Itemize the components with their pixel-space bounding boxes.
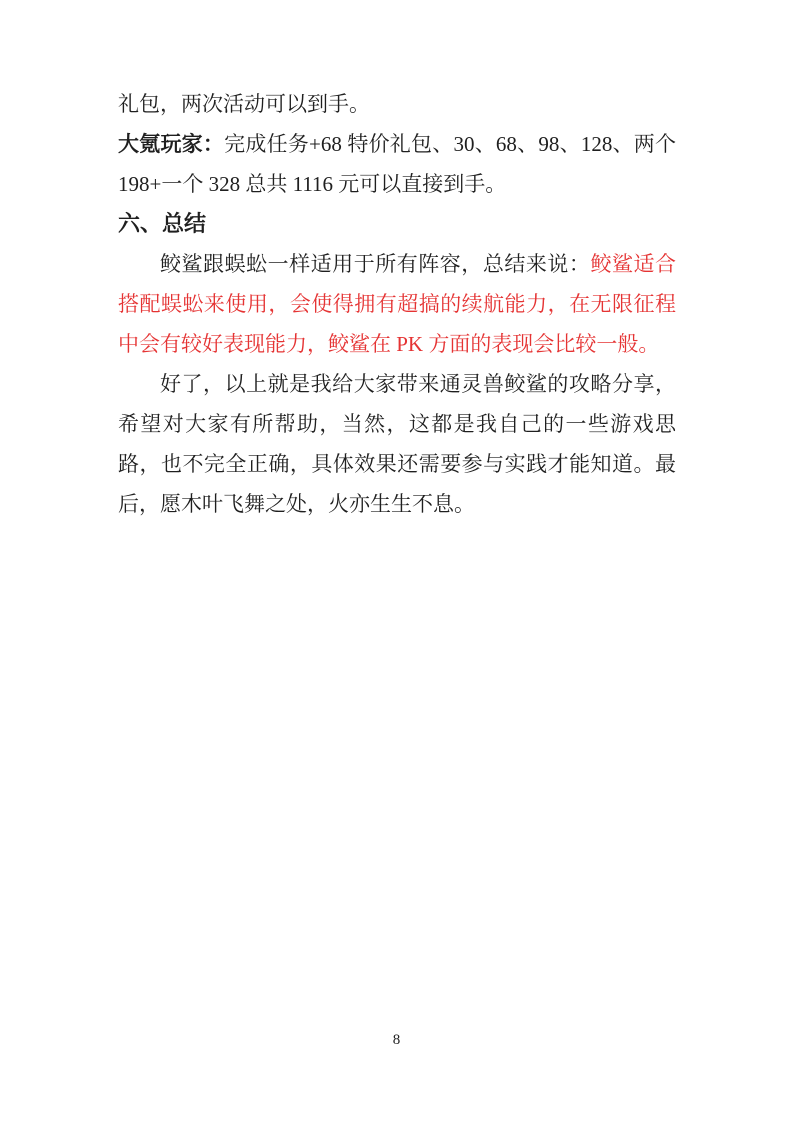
paragraph: 鲛鲨跟蜈蚣一样适用于所有阵容，总结来说：鲛鲨适合搭配蜈蚣来使用，会使得拥有超搞的… bbox=[118, 244, 676, 364]
document-page: 礼包，两次活动可以到手。大氪玩家：完成任务+68 特价礼包、30、68、98、1… bbox=[0, 0, 793, 1122]
text-segment: 六、总结 bbox=[118, 211, 206, 236]
text-segment: 大氪玩家： bbox=[118, 132, 224, 156]
document-content: 礼包，两次活动可以到手。大氪玩家：完成任务+68 特价礼包、30、68、98、1… bbox=[118, 84, 676, 524]
text-segment: 好了，以上就是我给大家带来通灵兽鲛鲨的攻略分享，希望对大家有所帮助，当然，这都是… bbox=[118, 372, 676, 516]
paragraph: 礼包，两次活动可以到手。 bbox=[118, 84, 676, 124]
text-segment: 鲛鲨跟蜈蚣一样适用于所有阵容，总结来说： bbox=[160, 252, 590, 276]
text-segment: 礼包，两次活动可以到手。 bbox=[118, 92, 370, 116]
paragraph: 好了，以上就是我给大家带来通灵兽鲛鲨的攻略分享，希望对大家有所帮助，当然，这都是… bbox=[118, 364, 676, 524]
page-number: 8 bbox=[393, 1032, 401, 1048]
section-heading: 六、总结 bbox=[118, 204, 676, 244]
page-footer: 8 bbox=[0, 1030, 793, 1050]
paragraph: 大氪玩家：完成任务+68 特价礼包、30、68、98、128、两个 198+一个… bbox=[118, 124, 676, 204]
